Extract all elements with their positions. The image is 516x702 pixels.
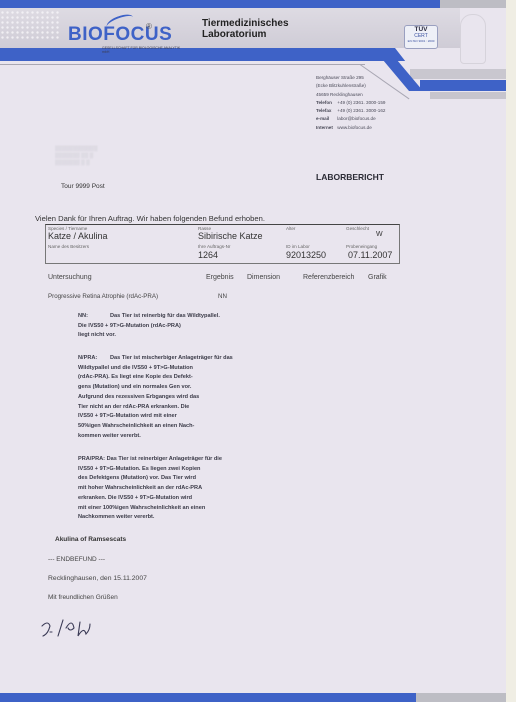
fax-value: +49 (0) 2361. 3000-162 (337, 108, 385, 113)
interpretation-label: N/PRA: (78, 354, 110, 364)
column-header-test: Untersuchung (48, 274, 92, 281)
footer-grey-bar (416, 693, 506, 702)
interpretation-pra-pra: PRA/PRA: Das Tier ist reinerbiger Anlage… (78, 455, 298, 523)
tuv-text: TÜV (405, 26, 437, 33)
web-value[interactable]: www.biofocus.de (337, 125, 371, 130)
lab-title-line2: Laboratorium (202, 29, 289, 40)
sex-value: W (376, 231, 383, 238)
header-thin-line (0, 64, 365, 65)
phone-label: Telefon (316, 99, 336, 107)
tour-post-label: Tour 9999 Post (61, 183, 105, 190)
order-number-value: 1264 (198, 250, 218, 260)
logo-subtitle: GESELLSCHAFT FÜR BIOLOGISCHE ANALYTIK mb… (102, 46, 182, 54)
received-date-label: Probeneingang (346, 244, 377, 249)
email-value[interactable]: labor@biofocus.de (337, 116, 375, 121)
sex-label: Geschlecht (346, 226, 369, 231)
address-email: e-mail labor@biofocus.de (316, 115, 385, 123)
result-row-value: NN (218, 293, 227, 300)
document-title: LABORBERICHT (316, 172, 384, 182)
header-dot-pattern (0, 10, 60, 40)
patient-info-box: Species / Tiername Katze / Akulina Rasse… (45, 224, 400, 264)
footer-blue-bar (0, 693, 416, 702)
registered-mark: ® (146, 22, 152, 31)
header-right-blue-stripe (420, 80, 516, 91)
email-label: e-mail (316, 115, 336, 123)
signature-icon (40, 612, 120, 642)
column-header-dimension: Dimension (247, 274, 280, 281)
web-label: Internet (316, 124, 336, 132)
iso-text: EN ISO 9001 : 2000 (405, 39, 437, 43)
lab-title-line1: Tiermedizinisches (202, 18, 289, 29)
received-date-value: 07.11.2007 (348, 250, 392, 260)
column-header-reference: Referenzbereich (303, 274, 354, 281)
address-corner: (Ecke Blitzkuhlenstraße) (316, 82, 385, 90)
interpretation-nn: NN:Das Tier ist reinerbig für das Wildty… (78, 312, 298, 341)
order-number-label: Ihre Auftrags-Nr (198, 244, 230, 249)
header-right-grey-stripe (410, 69, 516, 79)
column-header-result: Ergebnis (206, 274, 234, 281)
result-row-test: Progressive Retina Atrophie (rdAc-PRA) (48, 293, 158, 300)
address-web: Internet www.biofocus.de (316, 124, 385, 132)
lab-id-label: ID im Labor (286, 244, 310, 249)
header-right-grey-lower (430, 92, 516, 99)
header-top-grey-bar (440, 0, 516, 8)
closing-greeting: Mit freundlichen Grüßen (48, 594, 118, 601)
page-right-edge (506, 0, 516, 702)
lab-title: Tiermedizinisches Laboratorium (202, 18, 289, 40)
breed-value: Sibirische Katze (198, 231, 263, 241)
fax-label: Telefax (316, 107, 336, 115)
place-and-date: Recklinghausen, den 15.11.2007 (48, 575, 147, 582)
logo-text: BIOFOCUS (68, 24, 172, 46)
interpretation-label: PRA/PRA: (78, 456, 105, 462)
end-of-report-marker: --- ENDBEFUND --- (48, 556, 105, 563)
lab-address: Berghäuser Straße 295 (Ecke Blitzkuhlens… (316, 74, 385, 132)
owner-label: Name des Besitzers (48, 244, 89, 249)
lab-id-value: 92013250 (286, 250, 326, 260)
address-city: 45659 Recklinghausen (316, 91, 385, 99)
address-street: Berghäuser Straße 295 (316, 74, 385, 82)
column-header-graphic: Grafik (368, 274, 387, 281)
species-value: Katze / Akulina (48, 231, 108, 241)
intro-text: Vielen Dank für Ihren Auftrag. Wir haben… (35, 214, 265, 223)
address-fax: Telefax +49 (0) 2361. 3000-162 (316, 107, 385, 115)
header-top-blue-bar (0, 0, 440, 8)
redacted-recipient-address: ▒▒▒▒▒▒▒▒▒▒▒▒▒▒▒▒▒▒▒ ▒▒ ▒▒▒▒▒▒▒▒ ▒ ▒ (55, 146, 135, 176)
biofocus-logo: BIOFOCUS ® GESELLSCHAFT FÜR BIOLOGISCHE … (68, 18, 188, 50)
age-label: Alter (286, 226, 295, 231)
tuv-cert-badge-icon: TÜV CERT EN ISO 9001 : 2000 (404, 25, 438, 49)
phone-value: +49 (0) 2361. 3000-159 (337, 100, 385, 105)
address-phone: Telefon +49 (0) 2361. 3000-159 (316, 99, 385, 107)
interpretation-n-pra: N/PRA:Das Tier ist mischerbiger Anlagetr… (78, 354, 298, 441)
animal-registered-name: Akulina of Ramsescats (55, 536, 126, 543)
statue-watermark-icon (460, 14, 486, 64)
interpretation-label: NN: (78, 312, 110, 322)
